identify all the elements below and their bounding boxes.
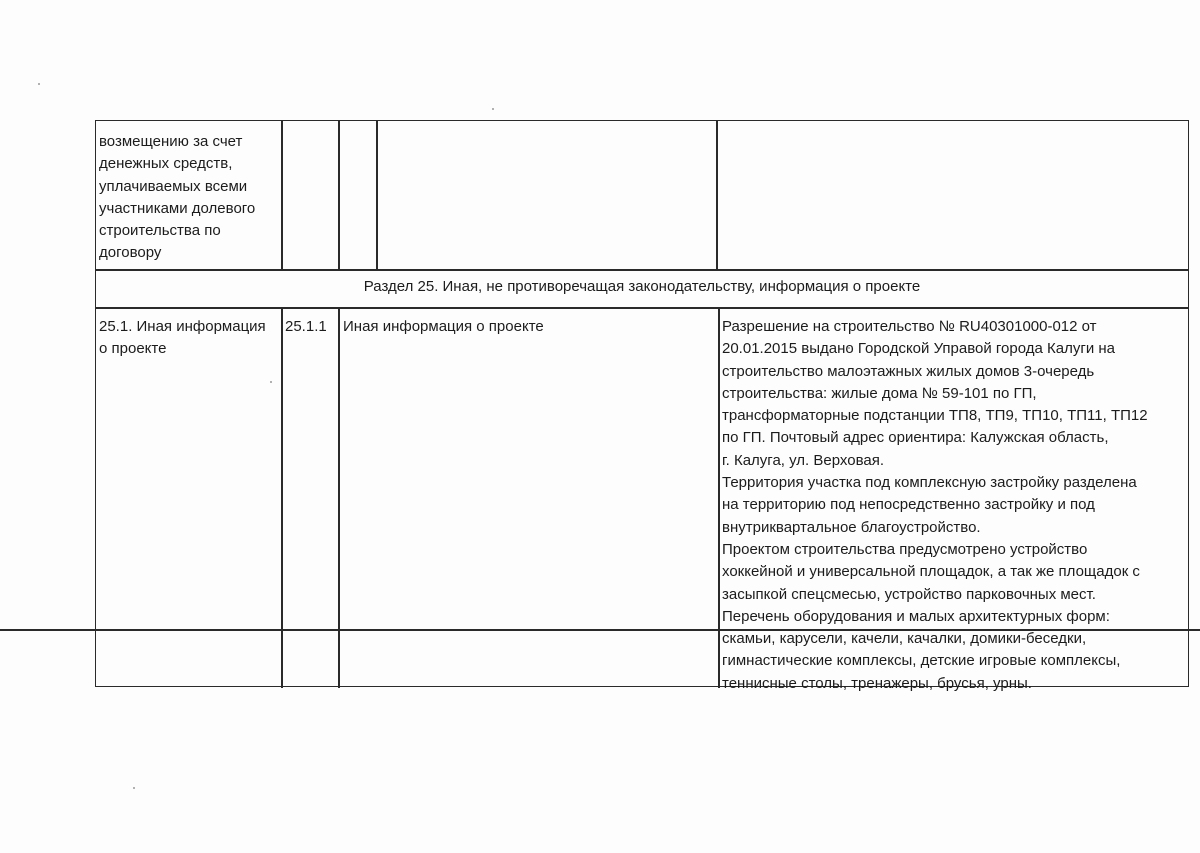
scanned-page: возмещению за счет денежных средств, упл…	[0, 0, 1200, 853]
row-divider	[96, 269, 1188, 271]
column-divider	[376, 121, 378, 270]
column-divider	[338, 308, 340, 688]
row-code: 25.1.1	[285, 316, 337, 338]
scan-speck	[38, 83, 40, 85]
page-crossing-line	[0, 629, 1200, 631]
row-value: Разрешение на строительство № RU40301000…	[722, 316, 1188, 695]
column-divider	[338, 121, 340, 270]
column-divider	[281, 121, 283, 270]
column-divider	[281, 308, 283, 688]
row-label: 25.1. Иная информация о проекте	[99, 316, 281, 361]
section-title: Раздел 25. Иная, не противоречащая закон…	[96, 276, 1188, 298]
scan-speck	[492, 108, 494, 110]
row-divider	[96, 307, 1188, 309]
row-description: Иная информация о проекте	[343, 316, 713, 338]
scan-speck	[133, 787, 135, 789]
column-divider	[718, 308, 720, 688]
column-divider	[716, 121, 718, 270]
continued-row-label: возмещению за счет денежных средств, упл…	[99, 131, 279, 265]
project-info-table: возмещению за счет денежных средств, упл…	[95, 120, 1189, 687]
